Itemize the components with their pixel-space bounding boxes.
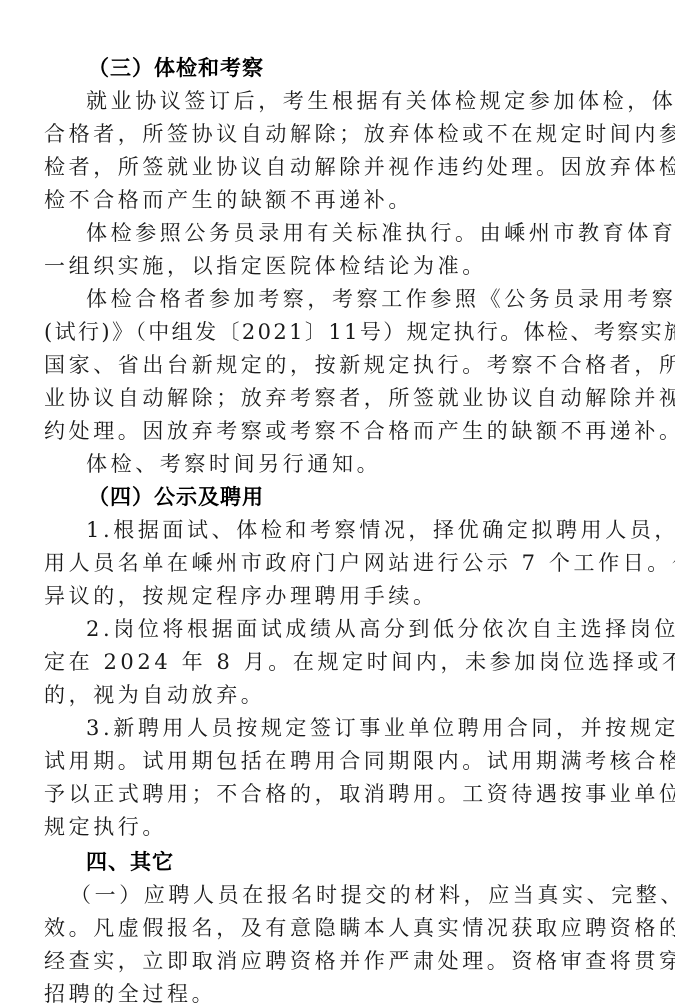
- paragraph-line: 规定执行。: [44, 814, 624, 840]
- paragraph-line: 国家、省出台新规定的，按新规定执行。考察不合格者，所签就: [44, 352, 624, 378]
- paragraph-line: 合格者，所签协议自动解除；放弃体检或不在规定时间内参加体: [44, 121, 624, 147]
- paragraph-line: 2.岗位将根据面试成绩从高分到低分依次自主选择岗位，初: [86, 616, 666, 642]
- paragraph-line: 招聘的全过程。: [44, 981, 624, 1007]
- paragraph-line: 体检合格者参加考察，考察工作参照《公务员录用考察办法: [86, 286, 666, 312]
- section-heading-other: 四、其它: [86, 849, 666, 875]
- paragraph-line: (试行)》（中组发〔2021〕11号）规定执行。体检、考察实施前，: [44, 319, 624, 345]
- paragraph-line: 1.根据面试、体检和考察情况，择优确定拟聘用人员，拟聘: [86, 517, 666, 543]
- paragraph-line: 一组织实施，以指定医院体检结论为准。: [44, 253, 624, 279]
- paragraph-line: 检者，所签就业协议自动解除并视作违约处理。因放弃体检或体: [44, 154, 624, 180]
- paragraph-line: 检不合格而产生的缺额不再递补。: [44, 187, 624, 213]
- paragraph-line: 体检参照公务员录用有关标准执行。由嵊州市教育体育局统: [86, 220, 666, 246]
- paragraph-line: 试用期。试用期包括在聘用合同期限内。试用期满考核合格的，: [44, 748, 624, 774]
- paragraph-line: 异议的，按规定程序办理聘用手续。: [44, 583, 624, 609]
- paragraph-line: 定在 2024 年 8 月。在规定时间内，未参加岗位选择或不选岗位: [44, 649, 624, 675]
- document-page: （三）体检和考察 就业协议签订后，考生根据有关体检规定参加体检，体检不 合格者，…: [0, 0, 675, 1008]
- paragraph-line: 就业协议签订后，考生根据有关体检规定参加体检，体检不: [86, 88, 666, 114]
- paragraph-line: 经查实，立即取消应聘资格并作严肃处理。资格审查将贯穿公开: [44, 948, 624, 974]
- paragraph-line: （一）应聘人员在报名时提交的材料，应当真实、完整、有: [70, 882, 650, 908]
- paragraph-line: 业协议自动解除；放弃考察者，所签就业协议自动解除并视作违: [44, 385, 624, 411]
- paragraph-line: 的，视为自动放弃。: [44, 682, 624, 708]
- section-heading-physical-exam: （三）体检和考察: [88, 55, 668, 81]
- paragraph-line: 予以正式聘用；不合格的，取消聘用。工资待遇按事业单位现行: [44, 781, 624, 807]
- paragraph-line: 3.新聘用人员按规定签订事业单位聘用合同，并按规定约定: [86, 715, 666, 741]
- paragraph-line: 约处理。因放弃考察或考察不合格而产生的缺额不再递补。: [44, 418, 624, 444]
- section-heading-publicity-hiring: （四）公示及聘用: [88, 484, 668, 510]
- paragraph-line: 体检、考察时间另行通知。: [86, 451, 666, 477]
- paragraph-line: 用人员名单在嵊州市政府门户网站进行公示 7 个工作日。公示无: [44, 550, 624, 576]
- paragraph-line: 效。凡虚假报名，及有意隐瞒本人真实情况获取应聘资格的，一: [44, 915, 624, 941]
